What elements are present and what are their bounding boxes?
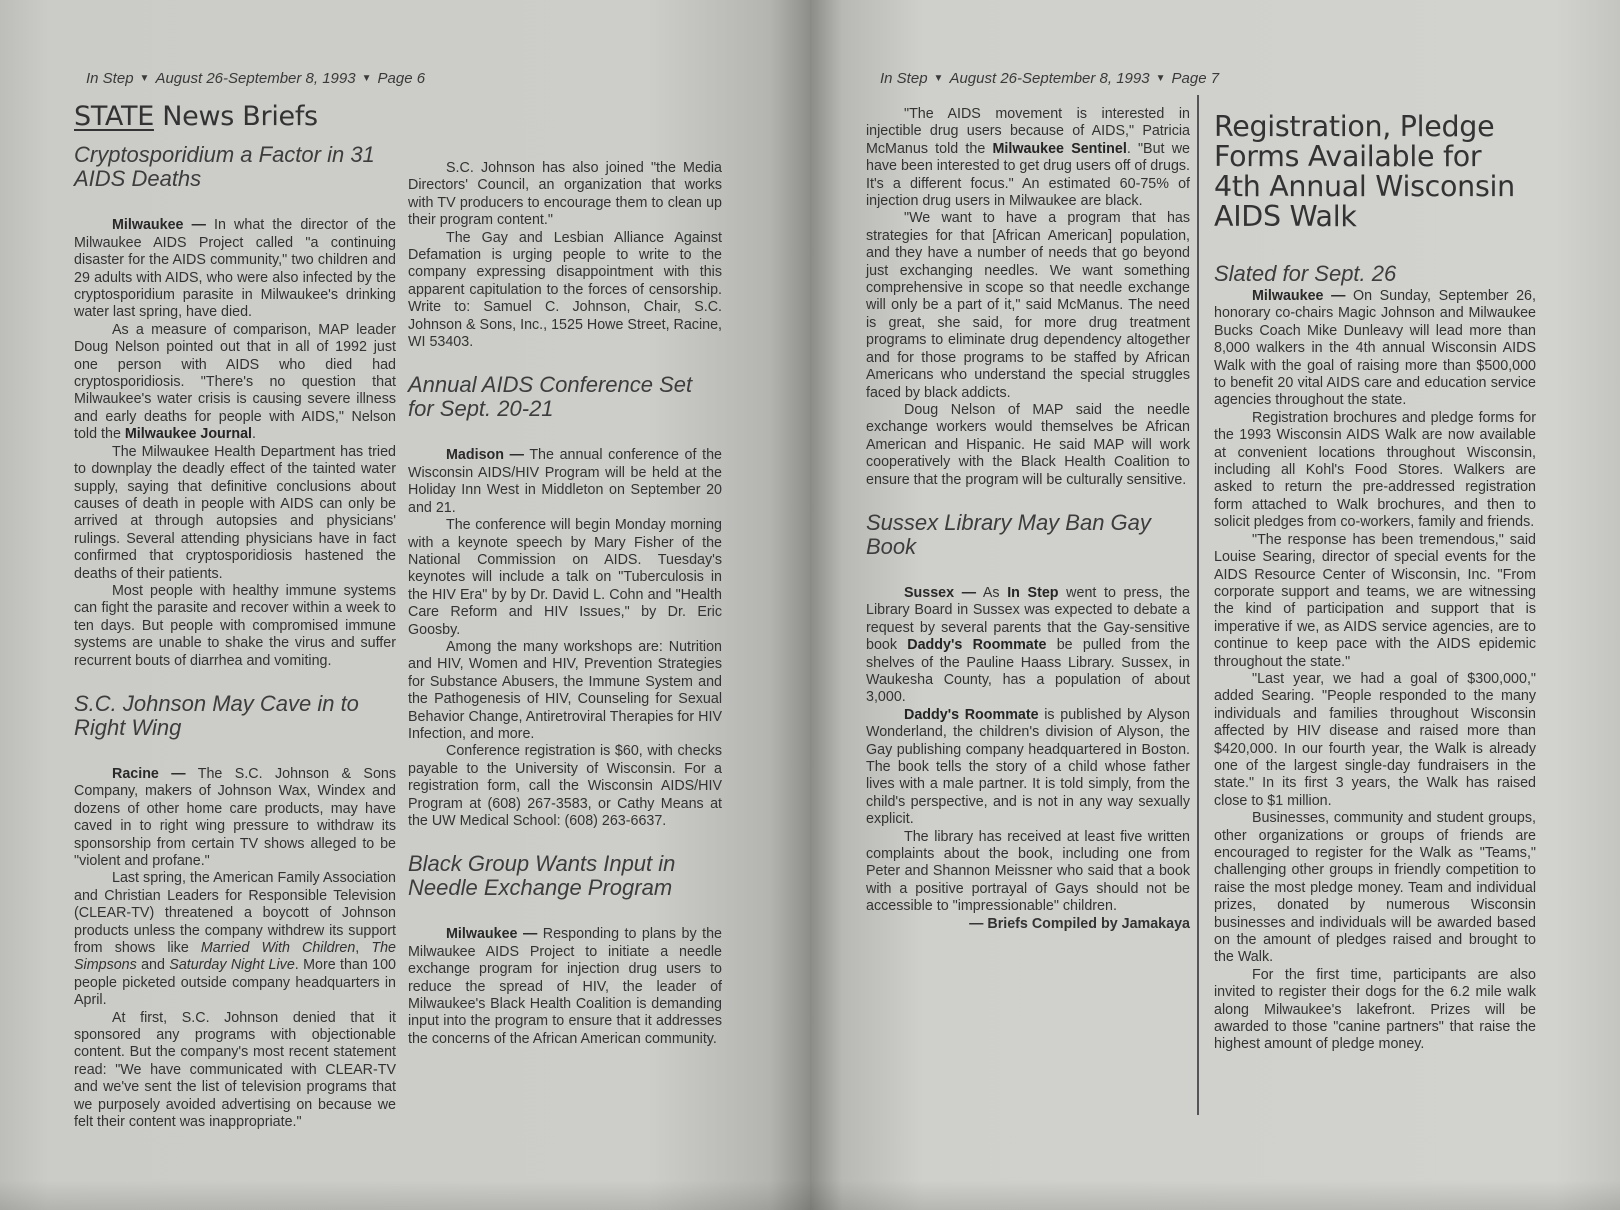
paragraph: "We want to have a program that has stra… <box>866 210 1190 401</box>
dateline: Madison — <box>446 447 524 463</box>
section-title-state: STATE <box>74 101 154 132</box>
paragraph-text: "We want to have a program that has stra… <box>866 210 1190 400</box>
publication-name: In Step <box>880 70 928 87</box>
column-2: S.C. Johnson has also joined "the Media … <box>408 160 722 1048</box>
page-number: Page 6 <box>378 70 426 87</box>
triangle-icon: ▼ <box>934 73 944 84</box>
paragraph: The Milwaukee Health Department has trie… <box>74 444 396 583</box>
paragraph-text: S.C. Johnson has also joined "the Media … <box>408 160 722 228</box>
paragraph-text: Among the many workshops are: Nutrition … <box>408 639 722 742</box>
triangle-icon: ▼ <box>362 73 372 84</box>
separator: and <box>137 957 170 973</box>
dateline: Milwaukee — <box>446 926 537 942</box>
paragraph-text: As a measure of comparison, MAP leader D… <box>74 322 396 442</box>
headline-cryptosporidium: Cryptosporidium a Factor in 31 AIDS Deat… <box>74 143 396 191</box>
paragraph: For the first time, participants are als… <box>1214 967 1536 1054</box>
paragraph: Most people with healthy immune systems … <box>74 583 396 670</box>
paragraph-text: On Sunday, September 26, honorary co-cha… <box>1214 288 1536 408</box>
dateline: Milwaukee — <box>1252 288 1345 304</box>
paragraph: Milwaukee — Responding to plans by the M… <box>408 926 722 1048</box>
triangle-icon: ▼ <box>1156 73 1166 84</box>
paragraph: At first, S.C. Johnson denied that it sp… <box>74 1010 396 1132</box>
paragraph: Racine — The S.C. Johnson & Sons Company… <box>74 766 396 870</box>
paragraph: Last spring, the American Family Associa… <box>74 870 396 1009</box>
paragraph-text: Businesses, community and student groups… <box>1214 810 1536 965</box>
byline: — Briefs Compiled by Jamakaya <box>866 916 1190 933</box>
column-1: STATE News Briefs Cryptosporidium a Fact… <box>74 108 396 1132</box>
paragraph-text: Doug Nelson of MAP said the needle excha… <box>866 402 1190 488</box>
paragraph-text: The Gay and Lesbian Alliance Against Def… <box>408 230 722 350</box>
paragraph: Registration brochures and pledge forms … <box>1214 410 1536 532</box>
left-page: In Step▼August 26-September 8, 1993▼Page… <box>0 0 810 1210</box>
paragraph-text: "Last year, we had a goal of $300,000," … <box>1214 671 1536 809</box>
headline-aids-conference: Annual AIDS Conference Set for Sept. 20-… <box>408 373 722 421</box>
column-3: "The AIDS movement is interested in inje… <box>866 106 1190 933</box>
publication-reference: Milwaukee Journal <box>125 426 252 442</box>
paragraph-text: As <box>983 585 1007 601</box>
page-shadow <box>810 1180 1620 1210</box>
paragraph-text: At first, S.C. Johnson denied that it sp… <box>74 1010 396 1130</box>
paragraph: "The AIDS movement is interested in inje… <box>866 106 1190 210</box>
paragraph: Sussex — As In Step went to press, the L… <box>866 585 1190 707</box>
paragraph-text: "The response has been tremendous," said… <box>1214 532 1536 670</box>
paragraph: "The response has been tremendous," said… <box>1214 532 1536 671</box>
dateline: Racine — <box>112 766 186 782</box>
paragraph: Among the many workshops are: Nutrition … <box>408 639 722 743</box>
subhead-slated: Slated for Sept. 26 <box>1214 262 1536 286</box>
headline-needle-exchange: Black Group Wants Input in Needle Exchan… <box>408 852 722 900</box>
issue-dates: August 26-September 8, 1993 <box>155 70 355 87</box>
paragraph: The conference will begin Monday morning… <box>408 517 722 639</box>
paragraph-text: is published by Alyson Wonderland, the c… <box>866 707 1190 827</box>
show-title: Married With Children <box>201 940 355 956</box>
paragraph-text: For the first time, participants are als… <box>1214 967 1536 1053</box>
headline-sc-johnson: S.C. Johnson May Cave in to Right Wing <box>74 692 396 740</box>
column-4: Registration, Pledge Forms Available for… <box>1214 112 1536 1054</box>
separator: , <box>355 940 371 956</box>
paragraph: Milwaukee — On Sunday, September 26, hon… <box>1214 288 1536 410</box>
paragraph: As a measure of comparison, MAP leader D… <box>74 322 396 444</box>
book-title: Daddy's Roommate <box>904 707 1039 723</box>
paragraph-text: Registration brochures and pledge forms … <box>1214 410 1536 530</box>
paragraph: Doug Nelson of MAP said the needle excha… <box>866 402 1190 489</box>
publication-reference: In Step <box>1007 585 1058 601</box>
paragraph-text: Conference registration is $60, with che… <box>408 743 722 829</box>
section-title-rest: News Briefs <box>162 101 318 132</box>
dateline: Milwaukee — <box>112 217 206 233</box>
triangle-icon: ▼ <box>140 73 150 84</box>
page-folio: In Step▼August 26-September 8, 1993▼Page… <box>86 70 425 87</box>
headline-aids-walk: Registration, Pledge Forms Available for… <box>1214 112 1536 232</box>
paragraph: Conference registration is $60, with che… <box>408 743 722 830</box>
show-title: Saturday Night Live <box>169 957 294 973</box>
paragraph: The library has received at least five w… <box>866 829 1190 916</box>
headline-sussex-library: Sussex Library May Ban Gay Book <box>866 511 1190 559</box>
paragraph: Businesses, community and student groups… <box>1214 810 1536 967</box>
publication-reference: Milwaukee Sentinel <box>992 141 1126 157</box>
page-shadow <box>0 1180 810 1210</box>
paragraph: Daddy's Roommate is published by Alyson … <box>866 707 1190 829</box>
book-title: Daddy's Roommate <box>907 637 1046 653</box>
paragraph: "Last year, we had a goal of $300,000," … <box>1214 671 1536 810</box>
page-number: Page 7 <box>1172 70 1220 87</box>
issue-dates: August 26-September 8, 1993 <box>949 70 1149 87</box>
paragraph: The Gay and Lesbian Alliance Against Def… <box>408 230 722 352</box>
right-page: In Step▼August 26-September 8, 1993▼Page… <box>810 0 1620 1210</box>
paragraph: Madison — The annual conference of the W… <box>408 447 722 517</box>
paragraph-text: The conference will begin Monday morning… <box>408 517 722 637</box>
paragraph: S.C. Johnson has also joined "the Media … <box>408 160 722 230</box>
paragraph-text: The Milwaukee Health Department has trie… <box>74 444 396 582</box>
dateline: Sussex — <box>904 585 976 601</box>
publication-name: In Step <box>86 70 134 87</box>
section-title: STATE News Briefs <box>74 108 396 125</box>
paragraph-text: Most people with healthy immune systems … <box>74 583 396 669</box>
paragraph: Milwaukee — In what the director of the … <box>74 217 396 321</box>
paragraph-text: Responding to plans by the Milwaukee AID… <box>408 926 722 1046</box>
page-folio: In Step▼August 26-September 8, 1993▼Page… <box>880 70 1219 87</box>
paragraph-text: The library has received at least five w… <box>866 829 1190 915</box>
column-divider <box>1197 95 1199 1115</box>
